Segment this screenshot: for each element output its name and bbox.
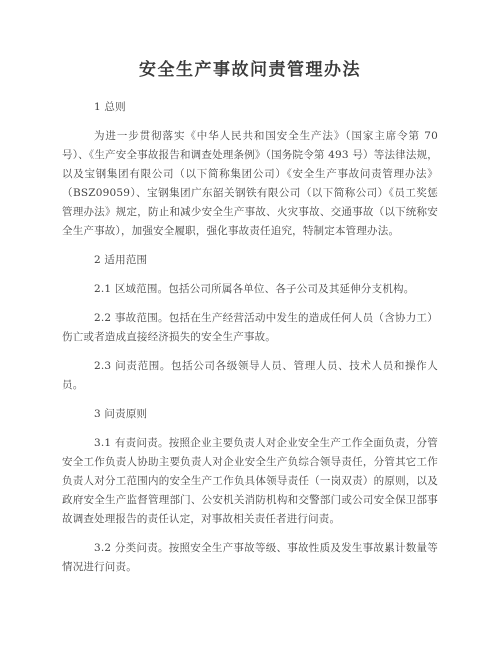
section-heading-general: 1 总则 xyxy=(62,98,438,117)
document-content: 安全生产事故问责管理办法 1 总则 为进一步贯彻落实《中华人民共和国安全生产法》… xyxy=(0,0,500,577)
document-page: 安全生产事故问责管理办法 1 总则 为进一步贯彻落实《中华人民共和国安全生产法》… xyxy=(0,0,500,647)
paragraph-accident-scope: 2.2 事故范围。包括在生产经营活动中发生的造成任何人员（含协力工）伤亡或者造成… xyxy=(62,309,438,347)
document-title: 安全生产事故问责管理办法 xyxy=(62,58,438,82)
paragraph-classified-accountability: 3.2 分类问责。按照安全生产事故等级、事故性质及发生事故累计数量等情况进行问责… xyxy=(62,539,438,577)
paragraph-region-scope: 2.1 区域范围。包括公司所属各单位、各子公司及其延伸分支机构。 xyxy=(62,280,438,299)
paragraph-general-provisions: 为进一步贯彻落实《中华人民共和国安全生产法》（国家主席令第 70 号）、《生产安… xyxy=(62,127,438,241)
paragraph-responsible-accountability: 3.1 有责问责。按照企业主要负责人对企业安全生产工作全面负责，分管安全工作负责… xyxy=(62,434,438,529)
section-heading-scope: 2 适用范围 xyxy=(62,251,438,270)
paragraph-accountability-scope: 2.3 问责范围。包括公司各级领导人员、管理人员、技术人员和操作人员。 xyxy=(62,357,438,395)
section-heading-principles: 3 问责原则 xyxy=(62,405,438,424)
